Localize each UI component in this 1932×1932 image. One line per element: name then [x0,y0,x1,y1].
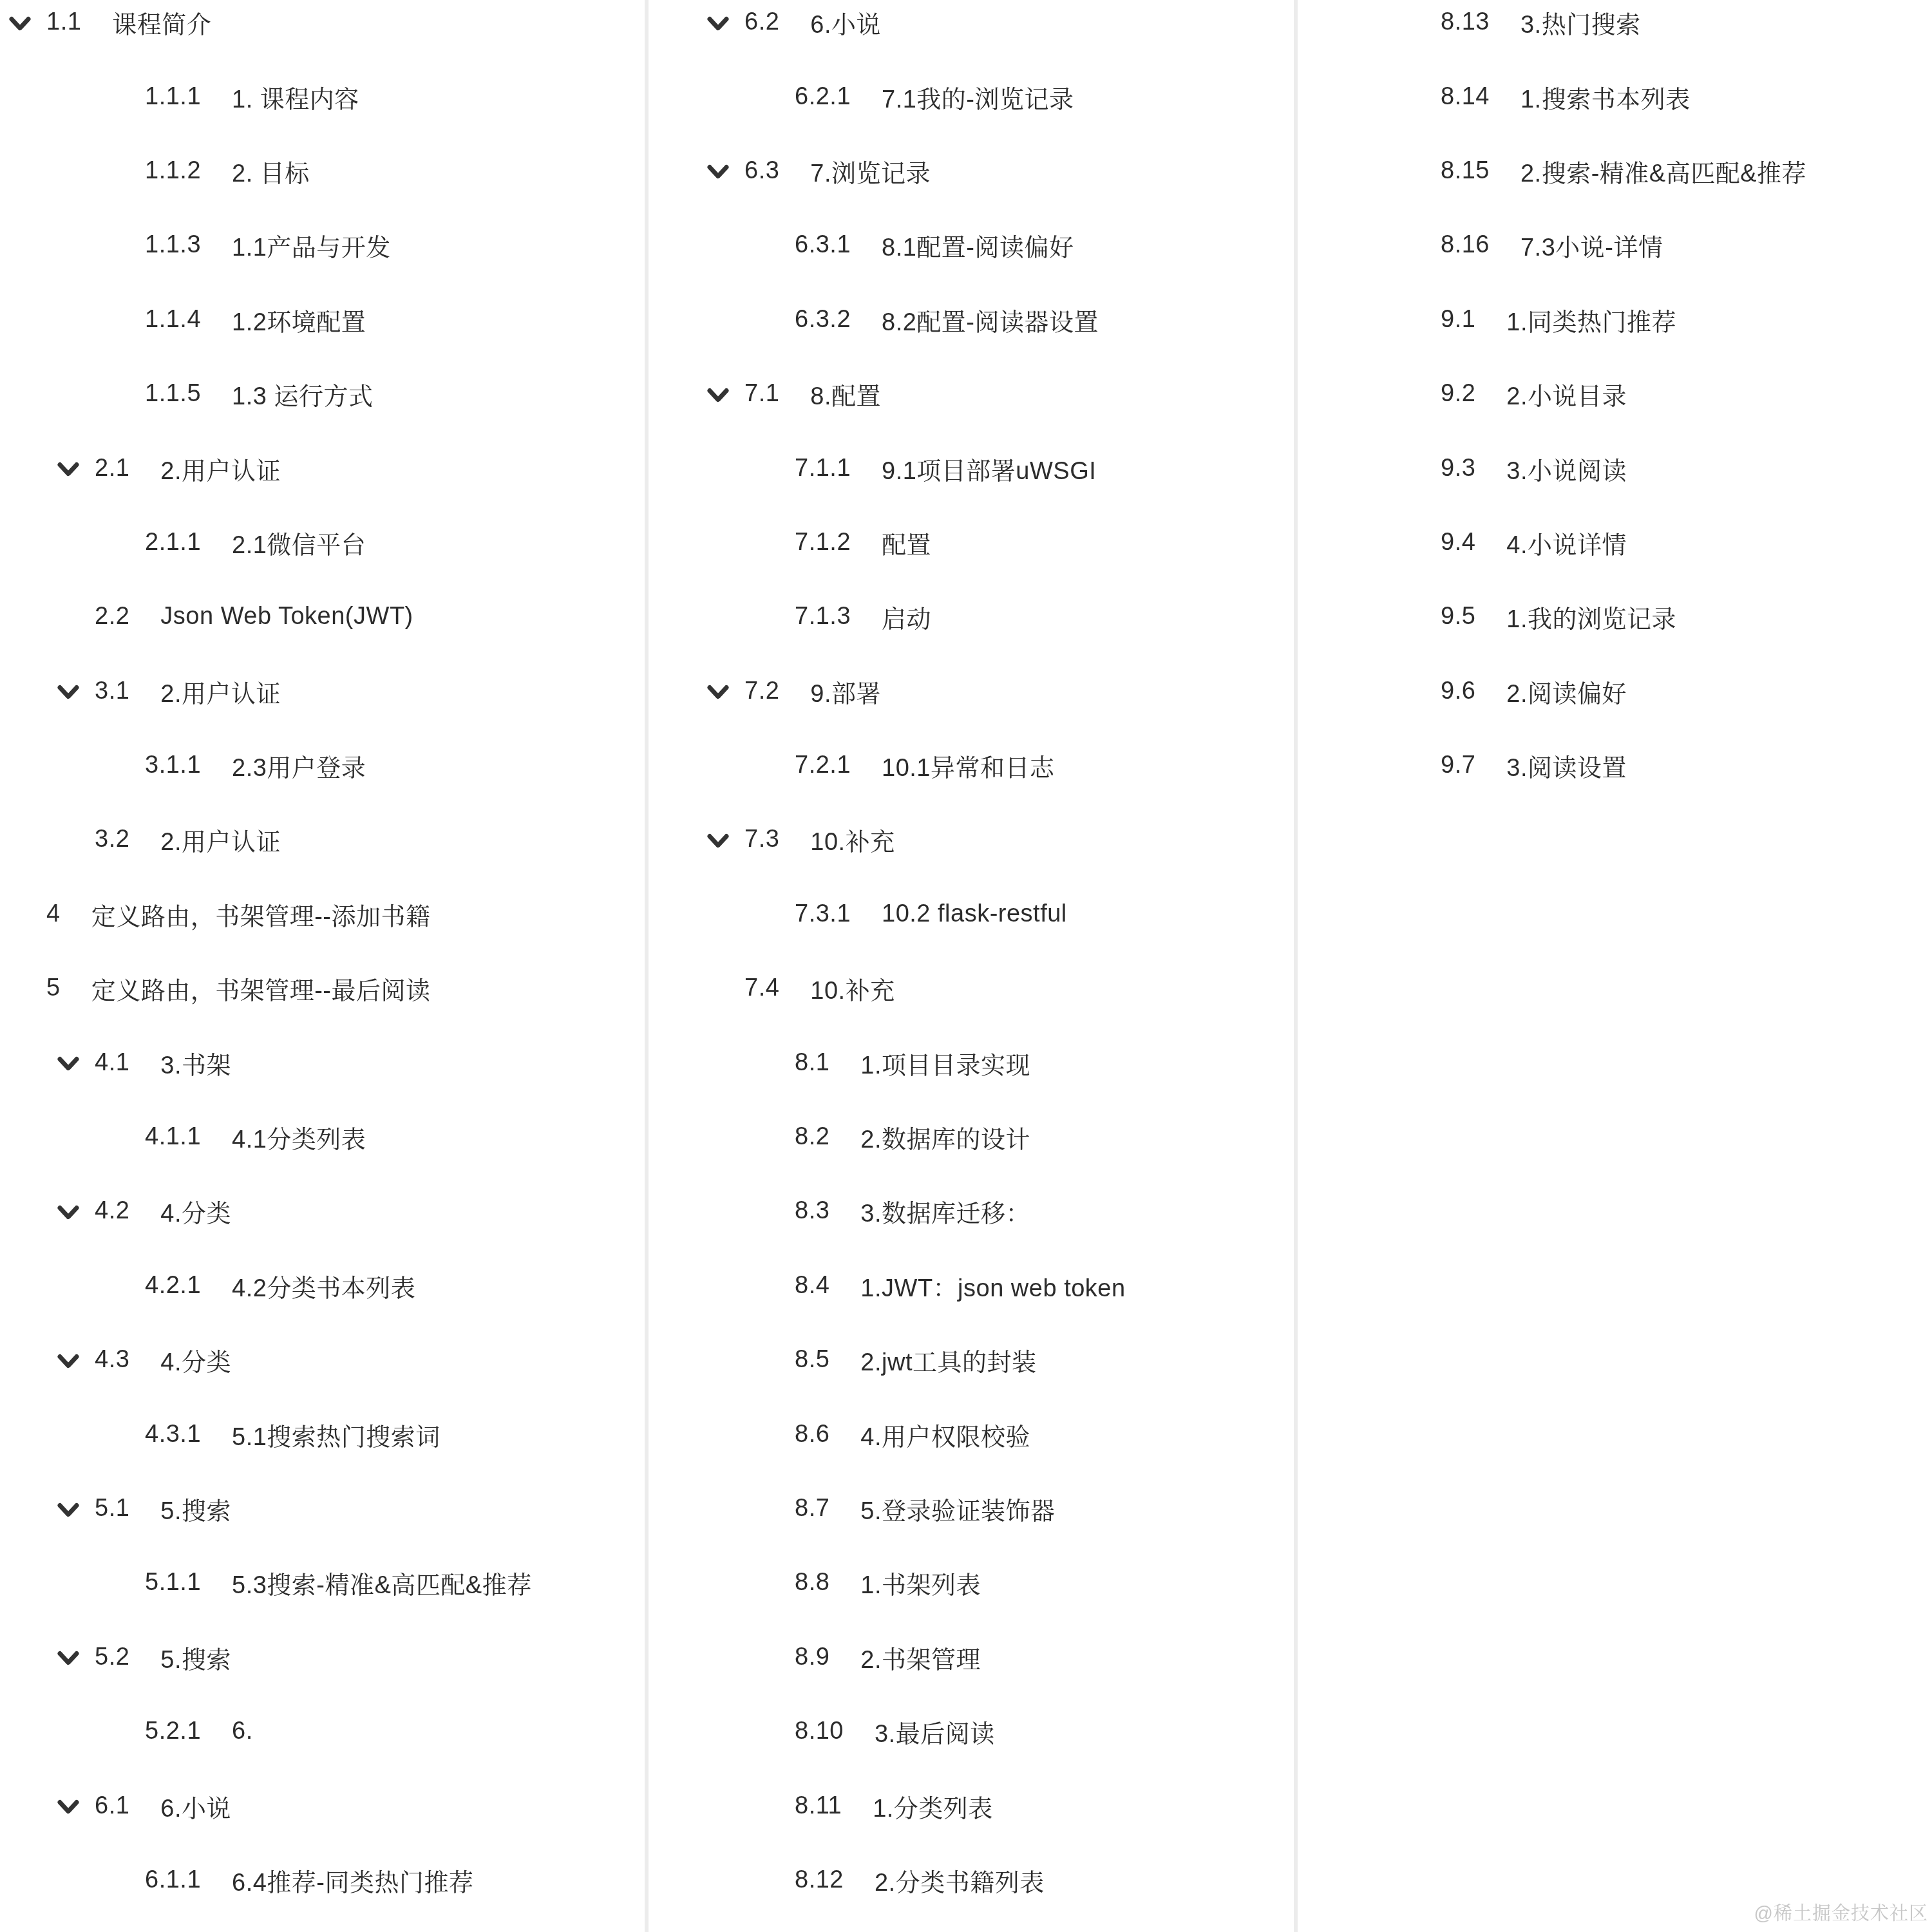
toc-item[interactable]: 5.15.搜索 [0,1472,645,1546]
toc-item-number: 8.14 [1441,83,1490,111]
toc-item[interactable]: 3.12.用户认证 [0,654,645,728]
toc-item[interactable]: 5.1.15.3搜索-精准&高匹配&推荐 [0,1546,645,1620]
toc-item[interactable]: 8.152.搜索-精准&高匹配&推荐 [1296,134,1932,208]
toc-item-number: 1.1.1 [145,83,201,111]
column-divider [645,0,649,1932]
toc-item[interactable]: 6.1.16.4推荐-同类热门推荐 [0,1843,645,1917]
toc-item-title[interactable]: 2.搜索-精准&高匹配&推荐 [1520,153,1806,189]
toc-item-title[interactable]: 3.热门搜索 [1520,5,1641,40]
toc-item[interactable]: 8.64.用户权限校验 [650,1397,1294,1471]
toc-item[interactable]: 8.103.最后阅读 [650,1694,1294,1768]
toc-item-title[interactable]: Json Web Token(JWT) [160,603,413,630]
toc-item[interactable]: 4.3.15.1搜索热门搜索词 [0,1397,645,1471]
toc-item-title[interactable]: 2.小说目录 [1506,376,1627,412]
toc-item-title[interactable]: 8.2配置-阅读器设置 [882,302,1099,337]
toc-item-title[interactable]: 1.1产品与开发 [232,227,391,263]
toc-item-number: 8.9 [795,1643,829,1671]
chevron-down-icon[interactable] [706,386,730,403]
toc-item-number: 3.1.1 [145,752,201,779]
toc-item-number: 5.1.1 [145,1569,201,1596]
toc-item-number: 8.11 [795,1792,842,1820]
toc-item-title[interactable]: 6.小说 [810,5,881,40]
toc-item-number: 9.3 [1441,455,1475,482]
toc-item[interactable]: 6.3.18.1配置-阅读偏好 [650,208,1294,282]
toc-item[interactable]: 9.62.阅读偏好 [1296,654,1932,728]
toc-item-number: 9.6 [1441,677,1475,705]
toc-item[interactable]: 4.24.分类 [0,1174,645,1248]
toc-item[interactable]: 6.26.小说 [650,0,1294,59]
toc-item-title[interactable]: 6. [232,1718,253,1745]
toc-item-title[interactable]: 3.书架 [160,1045,231,1081]
toc-item[interactable]: 9.73.阅读设置 [1296,728,1932,802]
toc-item-number: 7.2 [744,677,779,705]
chevron-down-icon[interactable] [57,684,80,701]
chevron-down-icon[interactable] [57,1501,80,1518]
toc-item-number: 5.2.1 [145,1718,201,1745]
toc-item-number: 8.5 [795,1346,829,1374]
toc-item[interactable]: 8.75.登录验证装饰器 [650,1472,1294,1546]
toc-item[interactable]: 7.1.19.1项目部署uWSGI [650,431,1294,505]
toc-item[interactable]: 2.2Json Web Token(JWT) [0,580,645,654]
toc-item-title[interactable]: 4.2分类书本列表 [232,1268,415,1303]
chevron-down-icon[interactable] [57,1352,80,1369]
toc-item-number: 9.4 [1441,529,1475,556]
toc-item-number: 2.1 [95,455,129,482]
toc-item-number: 8.1 [795,1049,829,1077]
toc-item-title[interactable]: 1.书架列表 [860,1565,981,1600]
toc-item-number: 7.1.1 [795,455,851,482]
toc-item-title[interactable]: 2. 目标 [232,153,310,189]
toc-item-number: 4.1.1 [145,1123,201,1151]
toc-item-title[interactable]: 1.搜索书本列表 [1520,79,1690,115]
toc-item-number: 7.3.1 [795,900,851,928]
toc-item[interactable]: 6.3.28.2配置-阅读器设置 [650,283,1294,357]
toc-item-title[interactable]: 2.1微信平台 [232,525,366,560]
toc-item[interactable]: 9.22.小说目录 [1296,357,1932,431]
toc-item[interactable]: 8.111.分类列表 [650,1768,1294,1842]
toc-item[interactable]: 8.133.热门搜索 [1296,0,1932,59]
toc-item-title[interactable]: 7.3小说-详情 [1520,227,1663,263]
toc-page: 1.1课程简介1.1.11. 课程内容1.1.22. 目标1.1.31.1产品与… [0,0,1932,1932]
toc-item-number: 5 [46,974,61,1002]
toc-item[interactable]: 8.141.搜索书本列表 [1296,59,1932,133]
toc-item-title[interactable]: 2.用户认证 [160,674,281,709]
toc-item-title[interactable]: 1.JWT：json web token [860,1268,1125,1303]
toc-column-3: 8.133.热门搜索8.141.搜索书本列表8.152.搜索-精准&高匹配&推荐… [1296,0,1932,802]
toc-item-number: 7.2.1 [795,752,851,779]
toc-item[interactable]: 7.1.2配置 [650,506,1294,580]
toc-item-number: 4 [46,900,61,928]
toc-item-title[interactable]: 5.1搜索热门搜索词 [232,1417,440,1452]
toc-item-title[interactable]: 8.1配置-阅读偏好 [882,227,1074,263]
toc-item-number: 8.15 [1441,157,1490,185]
chevron-down-icon[interactable] [57,1799,80,1815]
chevron-down-icon[interactable] [706,684,730,701]
toc-item[interactable]: 8.41.JWT：json web token [650,1249,1294,1323]
chevron-down-icon[interactable] [8,15,32,32]
toc-item-number: 8.4 [795,1272,829,1300]
toc-item-number: 4.2.1 [145,1272,201,1300]
toc-item-title[interactable]: 1.项目目录实现 [860,1045,1030,1081]
toc-item[interactable]: 5定义路由，书架管理--最后阅读 [0,951,645,1025]
toc-item-number: 8.6 [795,1421,829,1448]
toc-item-title[interactable]: 10.补充 [810,971,895,1006]
toc-item[interactable]: 2.1.12.1微信平台 [0,506,645,580]
toc-item-title[interactable]: 配置 [882,525,931,560]
toc-item-title[interactable]: 2.jwt工具的封装 [860,1342,1036,1378]
toc-item[interactable]: 8.122.分类书籍列表 [650,1843,1294,1917]
toc-item-title[interactable]: 2.阅读偏好 [1506,674,1627,709]
toc-item[interactable]: 8.22.数据库的设计 [650,1100,1294,1174]
toc-item[interactable]: 9.51.我的浏览记录 [1296,580,1932,654]
toc-item-title[interactable]: 2.3用户登录 [232,748,366,783]
toc-item[interactable]: 4.1.14.1分类列表 [0,1100,645,1174]
watermark: @稀土掘金技术社区 [1754,1899,1928,1926]
toc-item-title[interactable]: 5.登录验证装饰器 [860,1491,1055,1526]
toc-item-number: 3.2 [95,826,129,853]
toc-item-title[interactable]: 3.数据库迁移： [860,1193,1030,1229]
toc-item[interactable]: 9.44.小说详情 [1296,506,1932,580]
toc-item[interactable]: 1.1.22. 目标 [0,134,645,208]
chevron-down-icon[interactable] [706,164,730,180]
toc-item-number: 8.7 [795,1495,829,1522]
toc-item-title[interactable]: 1.3 运行方式 [232,376,373,412]
toc-item-number: 4.2 [95,1197,129,1225]
toc-item[interactable]: 6.2.17.1我的-浏览记录 [650,59,1294,133]
toc-item-number: 9.7 [1441,752,1475,779]
toc-item[interactable]: 8.92.书架管理 [650,1620,1294,1694]
toc-item-number: 9.1 [1441,306,1475,334]
toc-item-number: 3.1 [95,677,129,705]
toc-item-number: 7.1 [744,380,779,408]
toc-item[interactable]: 1.1.31.1产品与开发 [0,208,645,282]
toc-item-title[interactable]: 10.补充 [810,822,895,857]
toc-item-number: 8.8 [795,1569,829,1596]
toc-item[interactable]: 6.37.浏览记录 [650,134,1294,208]
toc-item-title[interactable]: 10.2 flask-restful [882,900,1067,928]
toc-item[interactable]: 4.13.书架 [0,1025,645,1099]
toc-item-title[interactable]: 7.浏览记录 [810,153,931,189]
toc-item-number: 2.2 [95,603,129,630]
toc-item-title[interactable]: 9.部署 [810,674,881,709]
toc-item[interactable]: 4.2.14.2分类书本列表 [0,1249,645,1323]
toc-item-title[interactable]: 4.1分类列表 [232,1119,366,1155]
toc-item-number: 5.1 [95,1495,129,1522]
toc-item[interactable]: 9.11.同类热门推荐 [1296,283,1932,357]
toc-column-1: 1.1课程简介1.1.11. 课程内容1.1.22. 目标1.1.31.1产品与… [0,0,645,1917]
toc-item-number: 8.16 [1441,231,1490,259]
toc-item[interactable]: 6.16.小说 [0,1768,645,1842]
toc-item-title[interactable]: 1. 课程内容 [232,79,359,115]
toc-item-title[interactable]: 6.4推荐-同类热门推荐 [232,1862,473,1898]
toc-item-title[interactable]: 8.配置 [810,376,881,412]
chevron-down-icon[interactable] [57,1056,80,1072]
toc-item-number: 7.3 [744,826,779,853]
toc-item-title[interactable]: 3.小说阅读 [1506,451,1627,486]
toc-item-number: 9.2 [1441,380,1475,408]
toc-item-title[interactable]: 5.3搜索-精准&高匹配&推荐 [232,1565,532,1600]
toc-item-title[interactable]: 1.分类列表 [873,1788,993,1824]
toc-item[interactable]: 7.29.部署 [650,654,1294,728]
toc-item[interactable]: 2.12.用户认证 [0,431,645,505]
toc-item[interactable]: 7.410.补充 [650,951,1294,1025]
toc-item-number: 1.1.4 [145,306,201,334]
chevron-down-icon[interactable] [57,1650,80,1667]
toc-item-title[interactable]: 2.分类书籍列表 [875,1862,1045,1898]
toc-item-number: 7.4 [744,974,779,1002]
toc-item-title[interactable]: 9.1项目部署uWSGI [882,451,1096,486]
toc-item-title[interactable]: 定义路由，书架管理--最后阅读 [91,971,431,1006]
toc-item[interactable]: 3.1.12.3用户登录 [0,728,645,802]
toc-item-number: 6.2 [744,8,779,36]
toc-item-number: 6.1 [95,1792,129,1820]
toc-item-title[interactable]: 2.用户认证 [160,822,281,857]
toc-item-title[interactable]: 5.搜索 [160,1640,231,1675]
toc-item[interactable]: 7.18.配置 [650,357,1294,431]
toc-item-number: 4.3 [95,1346,129,1374]
toc-item-number: 1.1.3 [145,231,201,259]
toc-item[interactable]: 8.33.数据库迁移： [650,1174,1294,1248]
toc-item[interactable]: 5.2.16. [0,1694,645,1768]
toc-item-title[interactable]: 1.2环境配置 [232,302,366,337]
toc-item-title[interactable]: 3.阅读设置 [1506,748,1627,783]
toc-item-number: 8.13 [1441,8,1490,36]
toc-item-number: 5.2 [95,1643,129,1671]
toc-item-number: 9.5 [1441,603,1475,630]
toc-item-title[interactable]: 2.书架管理 [860,1640,981,1675]
toc-item[interactable]: 8.81.书架列表 [650,1546,1294,1620]
toc-item-number: 8.12 [795,1866,844,1894]
toc-item[interactable]: 5.25.搜索 [0,1620,645,1694]
toc-item[interactable]: 8.52.jwt工具的封装 [650,1323,1294,1397]
chevron-down-icon[interactable] [706,833,730,849]
toc-item[interactable]: 7.3.110.2 flask-restful [650,877,1294,951]
toc-item[interactable]: 4.34.分类 [0,1323,645,1397]
toc-item-title[interactable]: 4.分类 [160,1193,231,1229]
toc-item-number: 2.1.1 [145,529,201,556]
toc-item-number: 1.1.2 [145,157,201,185]
toc-item-title[interactable]: 4.用户权限校验 [860,1417,1030,1452]
toc-item-title[interactable]: 启动 [882,599,931,634]
toc-item[interactable]: 9.33.小说阅读 [1296,431,1932,505]
toc-item-number: 4.3.1 [145,1421,201,1448]
toc-item-number: 7.1.3 [795,603,851,630]
toc-item-number: 6.1.1 [145,1866,201,1894]
toc-item-number: 6.2.1 [795,83,851,111]
toc-item-number: 6.3.1 [795,231,851,259]
toc-item-number: 6.3.2 [795,306,851,334]
toc-item-title[interactable]: 4.小说详情 [1506,525,1627,560]
toc-item-title[interactable]: 2.数据库的设计 [860,1119,1030,1155]
toc-item[interactable]: 1.1.11. 课程内容 [0,59,645,133]
toc-item-title[interactable]: 5.搜索 [160,1491,231,1526]
toc-item[interactable]: 7.1.3启动 [650,580,1294,654]
toc-item[interactable]: 3.22.用户认证 [0,802,645,876]
toc-item[interactable]: 4定义路由，书架管理--添加书籍 [0,877,645,951]
toc-item[interactable]: 7.2.110.1异常和日志 [650,728,1294,802]
toc-item-title[interactable]: 2.用户认证 [160,451,281,486]
toc-item[interactable]: 8.167.3小说-详情 [1296,208,1932,282]
toc-item-number: 8.2 [795,1123,829,1151]
toc-item[interactable]: 8.11.项目目录实现 [650,1025,1294,1099]
toc-item[interactable]: 1.1.51.3 运行方式 [0,357,645,431]
toc-item[interactable]: 1.1.41.2环境配置 [0,283,645,357]
toc-item-number: 4.1 [95,1049,129,1077]
toc-item-title[interactable]: 4.分类 [160,1342,231,1378]
toc-item-title[interactable]: 1.我的浏览记录 [1506,599,1676,634]
toc-item-title[interactable]: 7.1我的-浏览记录 [882,79,1074,115]
toc-item-title[interactable]: 定义路由，书架管理--添加书籍 [91,896,431,932]
toc-item-number: 1.1.5 [145,380,201,408]
toc-item[interactable]: 7.310.补充 [650,802,1294,876]
chevron-down-icon[interactable] [57,461,80,478]
toc-item-title[interactable]: 课程简介 [112,5,211,40]
toc-item-title[interactable]: 6.小说 [160,1788,231,1824]
chevron-down-icon[interactable] [706,15,730,32]
toc-column-2: 6.26.小说6.2.17.1我的-浏览记录6.37.浏览记录6.3.18.1配… [650,0,1294,1917]
toc-item-number: 8.3 [795,1197,829,1225]
toc-item-number: 8.10 [795,1718,844,1745]
toc-item-number: 6.3 [744,157,779,185]
toc-item-title[interactable]: 10.1异常和日志 [882,748,1054,783]
toc-item-title[interactable]: 1.同类热门推荐 [1506,302,1676,337]
toc-item-title[interactable]: 3.最后阅读 [875,1714,995,1749]
toc-item-number: 1.1 [46,8,81,36]
chevron-down-icon[interactable] [57,1204,80,1220]
toc-item[interactable]: 1.1课程简介 [0,0,645,59]
toc-item-number: 7.1.2 [795,529,851,556]
